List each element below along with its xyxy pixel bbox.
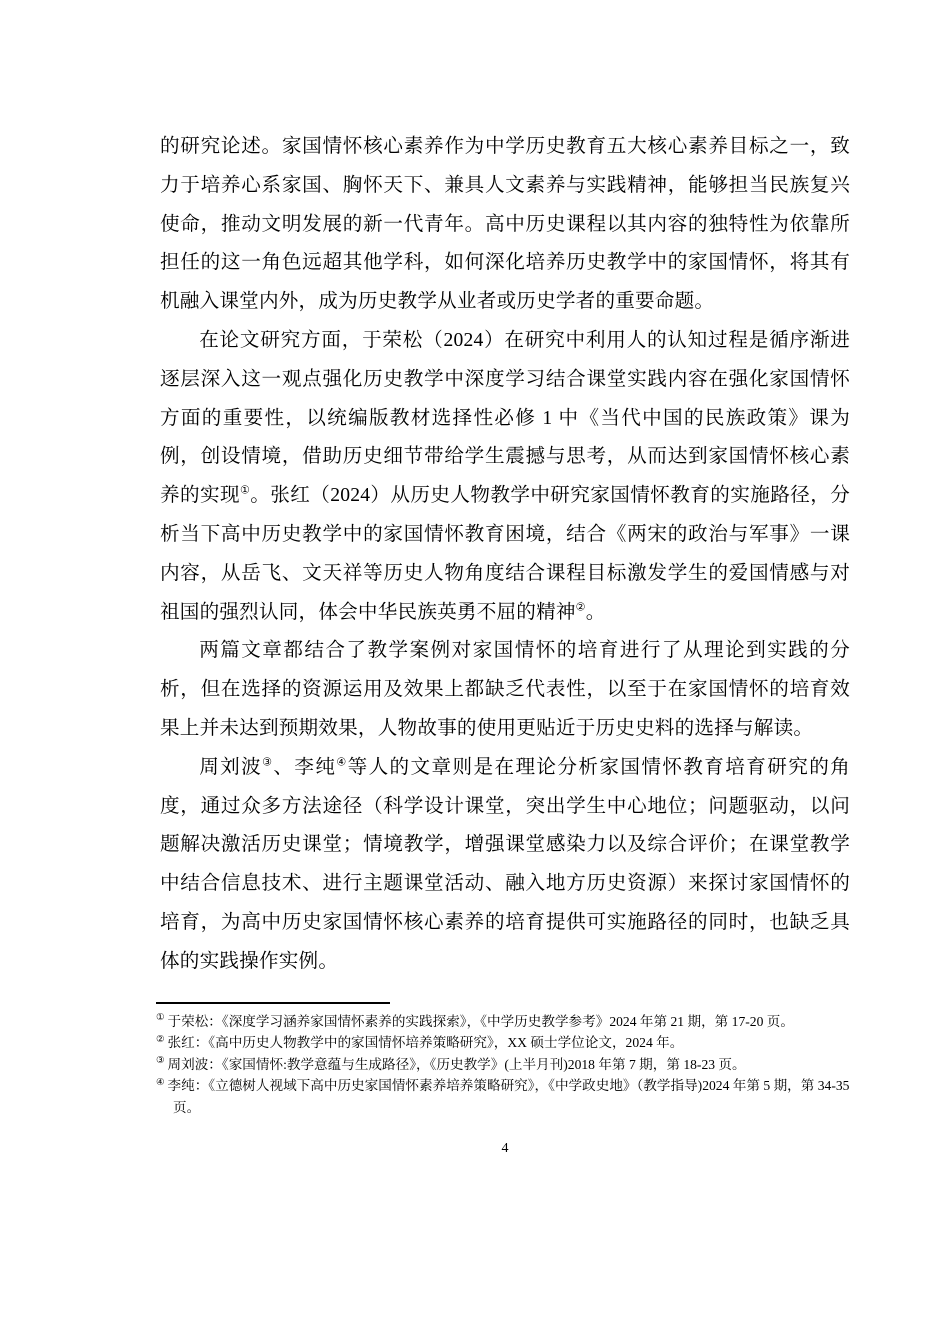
footnote-text: 周刘波：《家国情怀:教学意蕴与生成路径》，《历史教学》(上半月刊)2018 年第… bbox=[168, 1057, 746, 1072]
footnote-marker: ① bbox=[156, 1013, 168, 1023]
footnote-text: 李纯：《立德树人视域下高中历史家国情怀素养培养策略研究》，《中学政史地》（教学指… bbox=[168, 1078, 850, 1114]
footnote: ①于荣松：《深度学习涵养家国情怀素养的实践探索》，《中学历史教学参考》2024 … bbox=[156, 1011, 856, 1032]
footnote-marker: ③ bbox=[156, 1056, 168, 1066]
footnote-separator-line bbox=[156, 1002, 390, 1004]
footnote: ④李纯：《立德树人视域下高中历史家国情怀素养培养策略研究》，《中学政史地》（教学… bbox=[156, 1075, 856, 1118]
footnote-text: 张红：《高中历史人物教学中的家国情怀培养策略研究》，XX 硕士学位论文，2024… bbox=[168, 1035, 684, 1050]
footnotes-block: ①于荣松：《深度学习涵养家国情怀素养的实践探索》，《中学历史教学参考》2024 … bbox=[156, 1011, 856, 1118]
footnote: ②张红：《高中历史人物教学中的家国情怀培养策略研究》，XX 硕士学位论文，202… bbox=[156, 1032, 856, 1053]
body-text-block: 的研究论述。家国情怀核心素养作为中学历史教育五大核心素养目标之一，致力于培养心系… bbox=[160, 128, 850, 982]
footnote: ③周刘波：《家国情怀:教学意蕴与生成路径》，《历史教学》(上半月刊)2018 年… bbox=[156, 1054, 856, 1075]
document-page: 的研究论述。家国情怀核心素养作为中学历史教育五大核心素养目标之一，致力于培养心系… bbox=[0, 0, 950, 1344]
paragraph: 周刘波③、李纯④等人的文章则是在理论分析家国情怀教育培育研究的角度，通过众多方法… bbox=[160, 749, 850, 982]
paragraph: 在论文研究方面，于荣松（2024）在研究中利用人的认知过程是循序渐进逐层深入这一… bbox=[160, 322, 850, 632]
footnote-marker: ④ bbox=[156, 1078, 168, 1088]
footnote-marker: ② bbox=[156, 1035, 168, 1045]
footnote-text: 于荣松：《深度学习涵养家国情怀素养的实践探索》，《中学历史教学参考》2024 年… bbox=[168, 1014, 794, 1029]
page-number: 4 bbox=[160, 1140, 850, 1158]
paragraph: 两篇文章都结合了教学案例对家国情怀的培育进行了从理论到实践的分析，但在选择的资源… bbox=[160, 632, 850, 748]
paragraph: 的研究论述。家国情怀核心素养作为中学历史教育五大核心素养目标之一，致力于培养心系… bbox=[160, 128, 850, 322]
